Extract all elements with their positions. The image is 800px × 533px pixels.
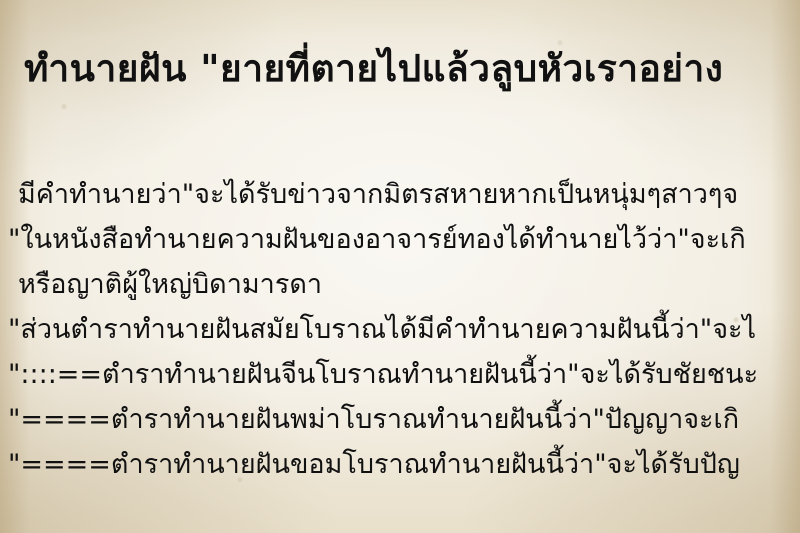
interpretation-line-khmer: "====ตำราทำนายฝันขอมโบราณทำนายฝันนี้ว่า"… — [0, 442, 800, 487]
interpretation-line-chinese: "::::==ตำราทำนายฝันจีนโบราณทำนายฝันนี้ว่… — [0, 352, 800, 397]
interpretation-line-general: มีคำทำนายว่า"จะได้รับข่าวจากมิตรสหายหากเ… — [0, 172, 800, 217]
interpretation-line-ajarn-thong: "ในหนังสือทำนายความฝันของอาจารย์ทองได้ทำ… — [0, 217, 800, 262]
interpretation-line-ancient: "ส่วนตำราทำนายฝันสมัยโบราณได้มีคำทำนายคว… — [0, 307, 800, 352]
interpretation-line-elders: หรือญาติผู้ใหญ่บิดามารดา — [0, 262, 800, 307]
dream-interpretation-text: มีคำทำนายว่า"จะได้รับข่าวจากมิตรสหายหากเ… — [0, 172, 800, 487]
interpretation-line-burmese: "====ตำราทำนายฝันพม่าโบราณทำนายฝันนี้ว่า… — [0, 397, 800, 442]
page-title: ทำนายฝัน "ยายที่ตายไปแล้วลูบหัวเราอย่าง — [24, 39, 723, 99]
